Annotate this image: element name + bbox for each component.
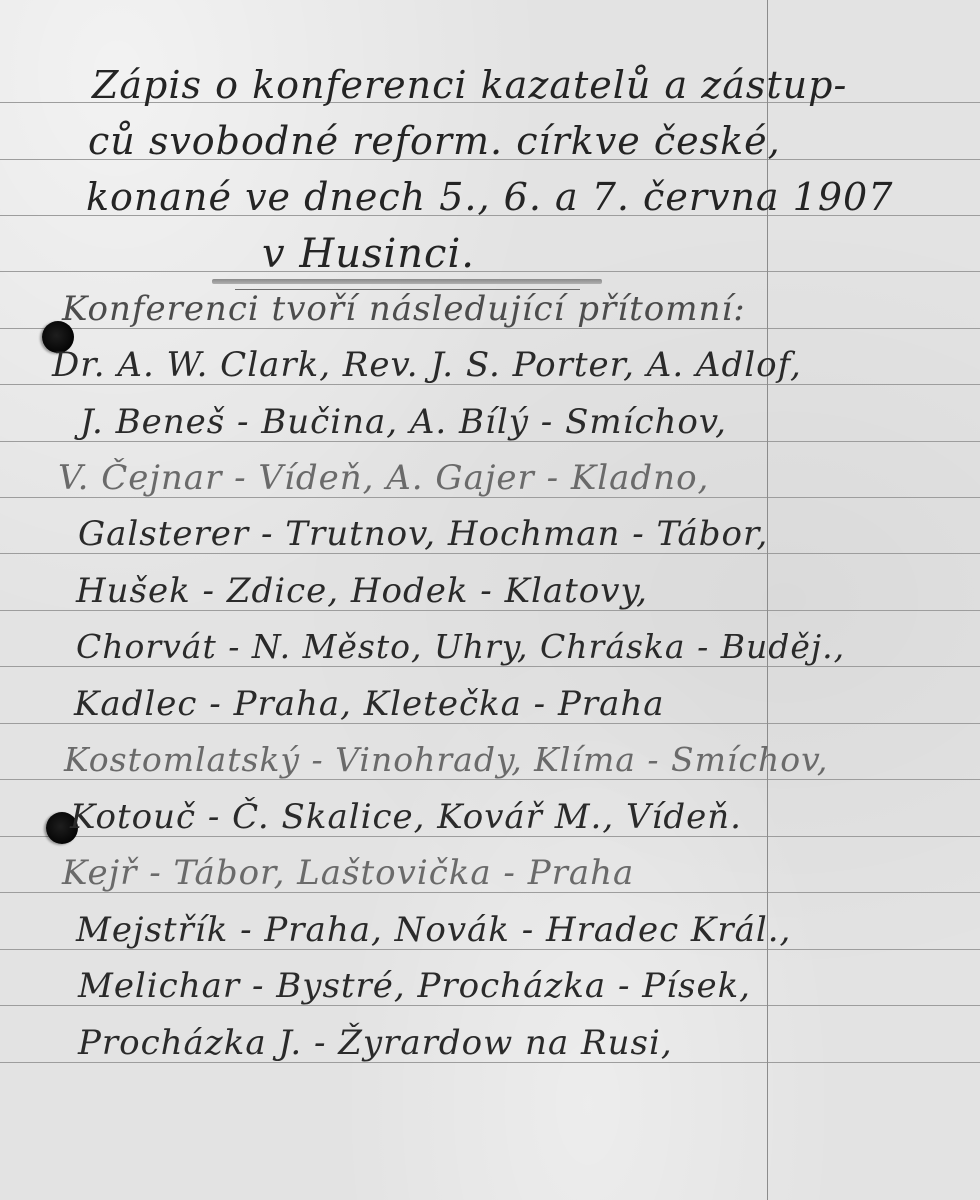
ruled-line <box>0 666 980 667</box>
attendee-line: Galsterer - Trutnov, Hochman - Tábor, <box>78 517 768 551</box>
attendee-line: Kotouč - Č. Skalice, Kovář M., Vídeň. <box>70 800 742 834</box>
ruled-line <box>0 779 980 780</box>
attendee-line: Hušek - Zdice, Hodek - Klatovy, <box>76 574 648 608</box>
attendee-line: Kejř - Tábor, Laštovička - Praha <box>62 856 634 890</box>
attendee-line: Chorvát - N. Město, Uhry, Chráska - Budě… <box>76 630 845 663</box>
attendee-line: Kostomlatský - Vinohrady, Klíma - Smícho… <box>64 743 828 776</box>
title-line-2: ců svobodné reform. církve české, <box>88 122 781 160</box>
title-underline <box>212 279 602 284</box>
title-line-3: konané ve dnech 5., 6. a 7. června 1907 <box>86 178 893 216</box>
attendee-line: Mejstřík - Praha, Novák - Hradec Král., <box>76 913 791 947</box>
attendee-line: Dr. A. W. Clark, Rev. J. S. Porter, A. A… <box>52 348 802 382</box>
attendee-line: Melichar - Bystré, Procházka - Písek, <box>78 969 751 1003</box>
attendee-line: Kadlec - Praha, Kletečka - Praha <box>74 687 665 721</box>
title-line-place: v Husinci. <box>262 234 475 274</box>
notebook-page: Zápis o konferenci kazatelů a zástup- ců… <box>0 0 980 1200</box>
ruled-line <box>0 271 980 272</box>
intro-line: Konferenci tvoří následující přítomní: <box>62 292 746 326</box>
title-line-1: Zápis o konferenci kazatelů a zástup- <box>92 66 847 104</box>
attendee-line: J. Beneš - Bučina, A. Bílý - Smíchov, <box>80 405 727 439</box>
attendee-line: Procházka J. - Žyrardow na Rusi, <box>78 1026 673 1060</box>
attendee-line: V. Čejnar - Vídeň, A. Gajer - Kladno, <box>58 461 709 495</box>
